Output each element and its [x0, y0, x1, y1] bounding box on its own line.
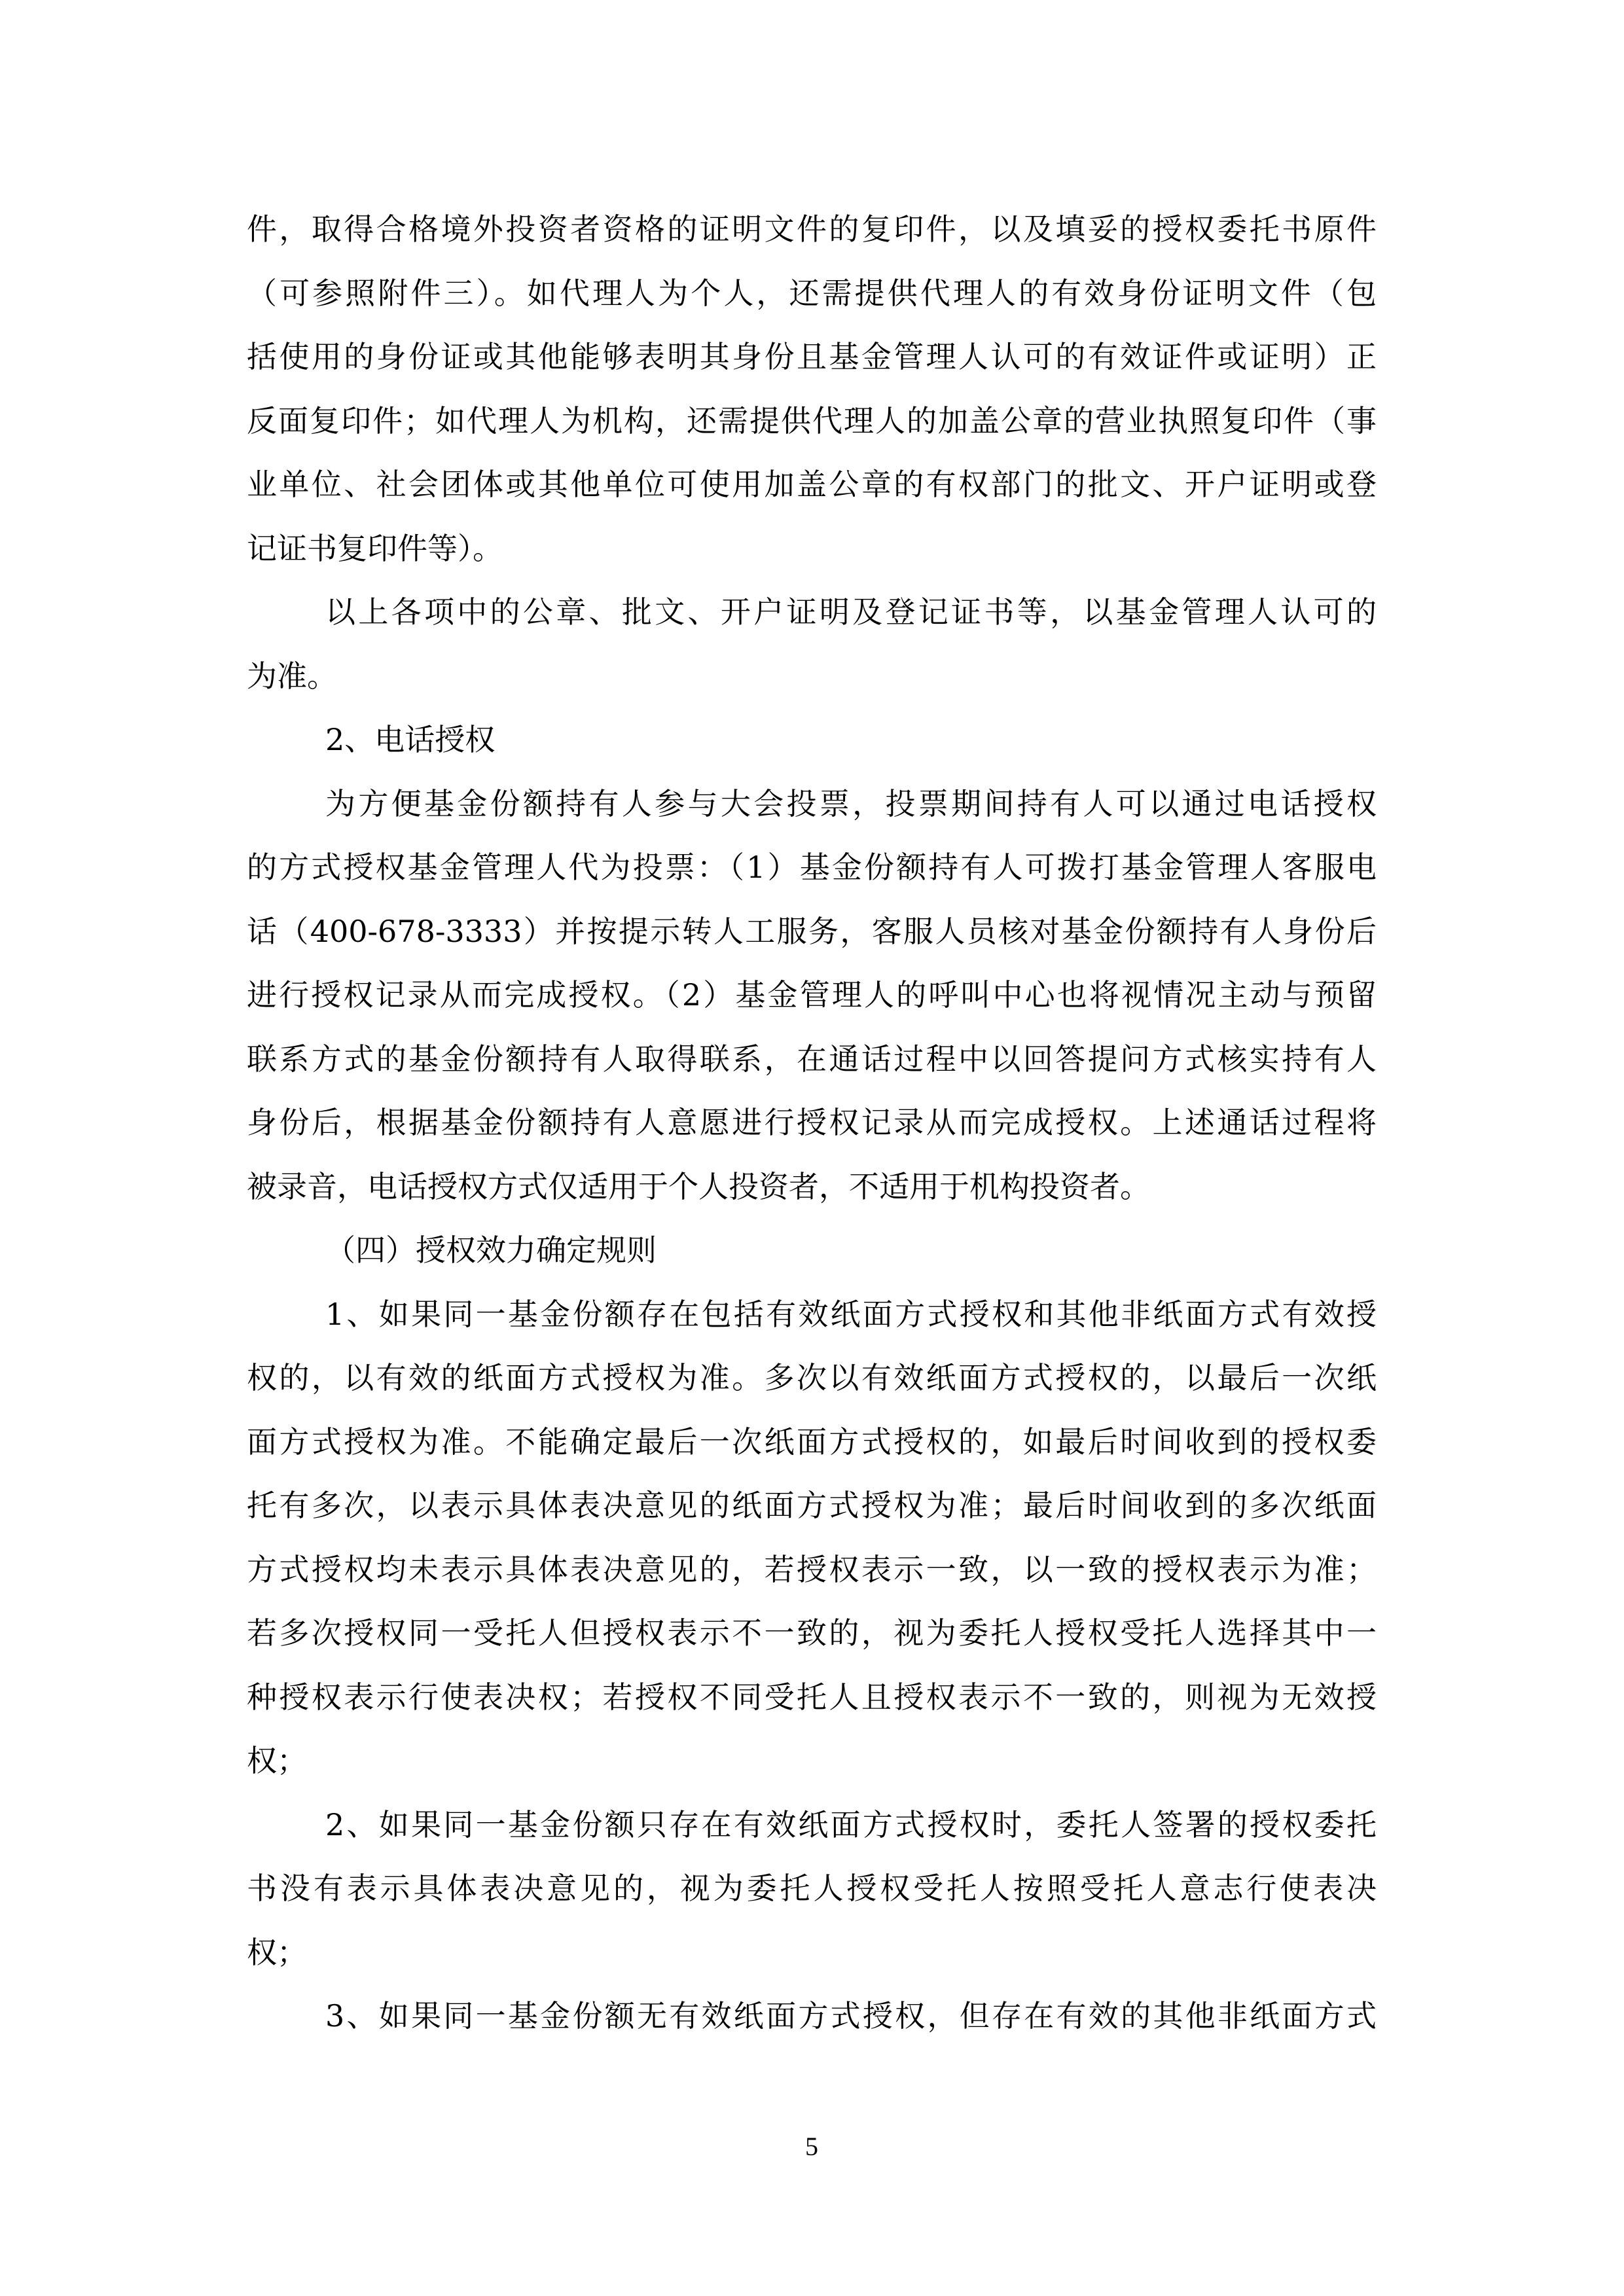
text-line: 若多次授权同一受托人但授权表示不一致的，视为委托人授权受托人选择其中一 [247, 1609, 1377, 1674]
text-line: 书没有表示具体表决意见的，视为委托人授权受托人按照受托人意志行使表决 [247, 1865, 1377, 1929]
paragraph-start-line: 以上各项中的公章、批文、开户证明及登记证书等，以基金管理人认可的 [247, 588, 1377, 653]
section-heading-phone-authorization: 2、电话授权 [247, 716, 1377, 780]
document-page: 件，取得合格境外投资者资格的证明文件的复印件，以及填妥的授权委托书原件 （可参照… [0, 0, 1624, 2296]
text-line: 托有多次，以表示具体表决意见的纸面方式授权为准；最后时间收到的多次纸面 [247, 1482, 1377, 1546]
text-line: 话（400-678-3333）并按提示转人工服务，客服人员核对基金份额持有人身份… [247, 908, 1377, 972]
text-line: 被录音，电话授权方式仅适用于个人投资者，不适用于机构投资者。 [247, 1163, 1377, 1227]
paragraph-start-line: 为方便基金份额持有人参与大会投票，投票期间持有人可以通过电话授权 [247, 780, 1377, 844]
text-line: 进行授权记录从而完成授权。（2）基金管理人的呼叫中心也将视情况主动与预留 [247, 971, 1377, 1035]
text-line: 权的，以有效的纸面方式授权为准。多次以有效纸面方式授权的，以最后一次纸 [247, 1354, 1377, 1418]
body-text: 件，取得合格境外投资者资格的证明文件的复印件，以及填妥的授权委托书原件 （可参照… [247, 206, 1377, 2056]
paragraph-start-line: 3、如果同一基金份额无有效纸面方式授权，但存在有效的其他非纸面方式 [247, 1992, 1377, 2056]
text-line: 括使用的身份证或其他能够表明其身份且基金管理人认可的有效证件或证明）正 [247, 333, 1377, 397]
text-line: 权； [247, 1929, 1377, 1993]
text-line: 面方式授权为准。不能确定最后一次纸面方式授权的，如最后时间收到的授权委 [247, 1418, 1377, 1482]
text-line: 联系方式的基金份额持有人取得联系，在通话过程中以回答提问方式核实持有人 [247, 1035, 1377, 1100]
section-heading-authorization-rules: （四）授权效力确定规则 [247, 1227, 1377, 1291]
text-line: 反面复印件；如代理人为机构，还需提供代理人的加盖公章的营业执照复印件（事 [247, 397, 1377, 461]
text-line: 的方式授权基金管理人代为投票：（1）基金份额持有人可拨打基金管理人客服电 [247, 844, 1377, 908]
text-line: 种授权表示行使表决权；若授权不同受托人且授权表示不一致的，则视为无效授 [247, 1674, 1377, 1738]
text-line: 件，取得合格境外投资者资格的证明文件的复印件，以及填妥的授权委托书原件 [247, 206, 1377, 270]
text-line: 为准。 [247, 653, 1377, 717]
paragraph-start-line: 2、如果同一基金份额只存在有效纸面方式授权时，委托人签署的授权委托 [247, 1801, 1377, 1865]
page-number: 5 [795, 2132, 828, 2161]
text-line: 权； [247, 1737, 1377, 1801]
text-line: 业单位、社会团体或其他单位可使用加盖公章的有权部门的批文、开户证明或登 [247, 461, 1377, 525]
text-line: （可参照附件三）。如代理人为个人，还需提供代理人的有效身份证明文件（包 [247, 270, 1377, 334]
text-line: 方式授权均未表示具体表决意见的，若授权表示一致，以一致的授权表示为准； [247, 1546, 1377, 1610]
text-line: 身份后，根据基金份额持有人意愿进行授权记录从而完成授权。上述通话过程将 [247, 1099, 1377, 1163]
text-line: 记证书复印件等）。 [247, 525, 1377, 589]
paragraph-start-line: 1、如果同一基金份额存在包括有效纸面方式授权和其他非纸面方式有效授 [247, 1291, 1377, 1355]
